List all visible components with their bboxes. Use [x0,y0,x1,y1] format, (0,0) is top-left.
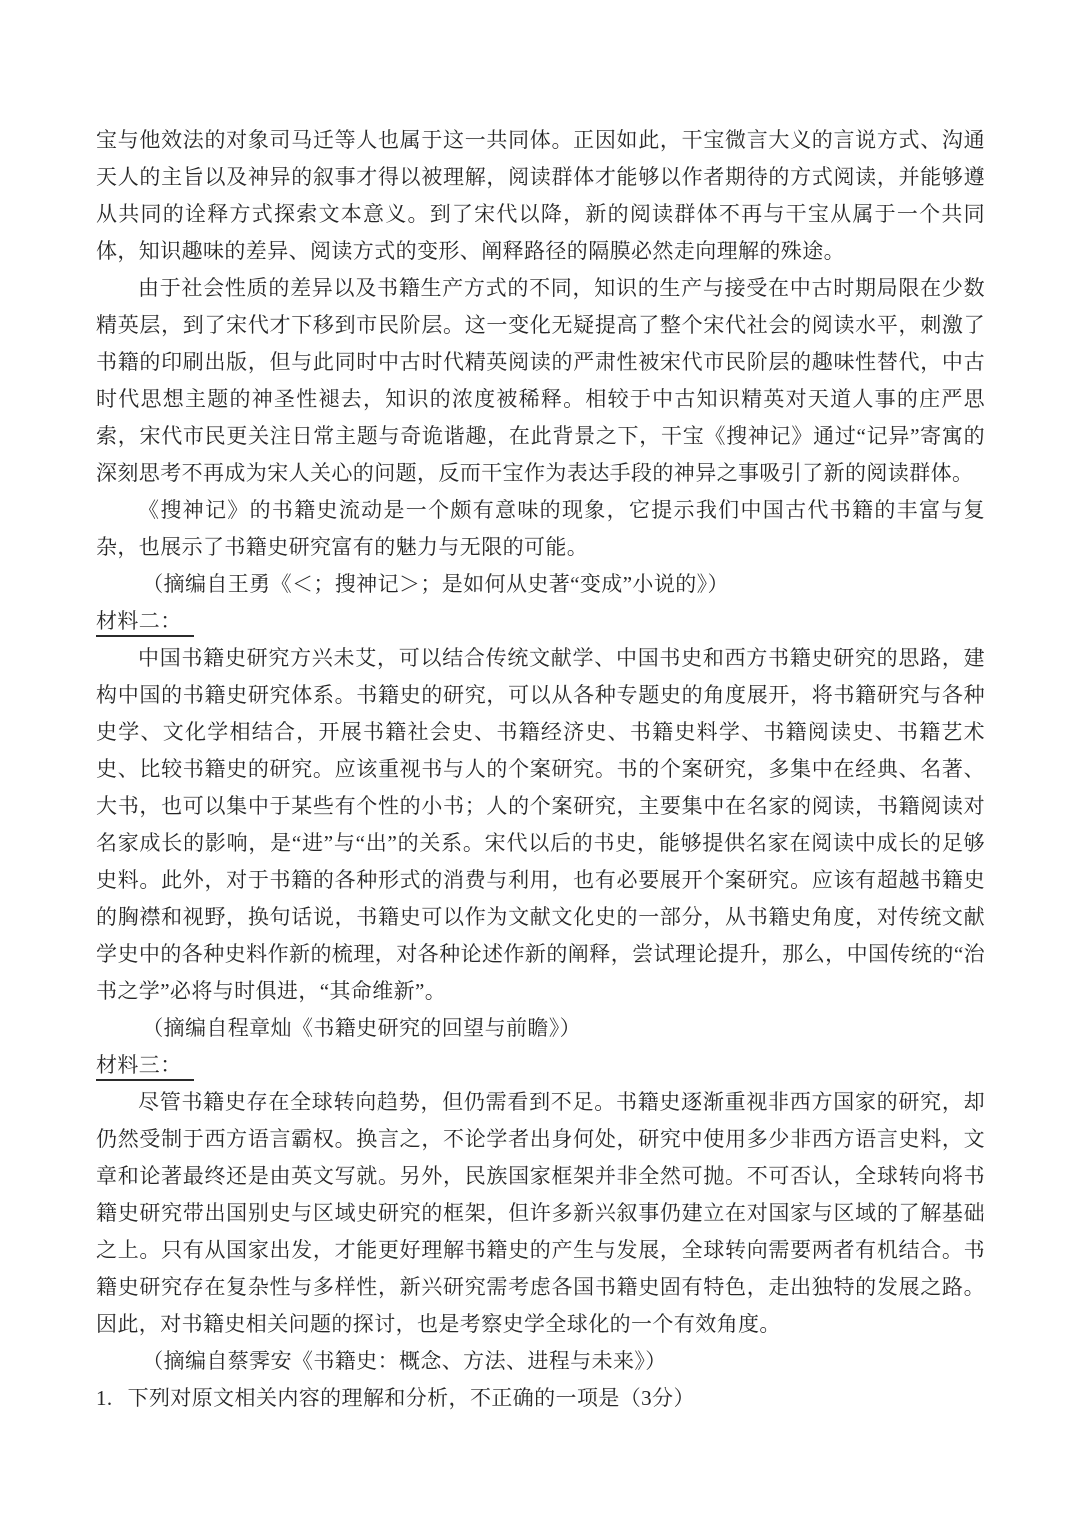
material-three-paragraph-1: 尽管书籍史存在全球转向趋势，但仍需看到不足。书籍史逐渐重视非西方国家的研究，却仍… [96,1084,985,1343]
material-one-section: 宝与他效法的对象司马迁等人也属于这一共同体。正因如此，干宝微言大义的言说方式、沟… [96,122,985,603]
question-one: 1. 下列对原文相关内容的理解和分析，不正确的一项是（3分） [96,1380,985,1417]
question-one-text: 下列对原文相关内容的理解和分析，不正确的一项是（3分） [128,1380,985,1417]
material-one-paragraph-continuation: 宝与他效法的对象司马迁等人也属于这一共同体。正因如此，干宝微言大义的言说方式、沟… [96,122,985,270]
material-three-heading-text: 材料三： [96,1051,194,1081]
material-three-section: 材料三： 尽管书籍史存在全球转向趋势，但仍需看到不足。书籍史逐渐重视非西方国家的… [96,1047,985,1380]
material-one-citation: （摘编自王勇《＜；搜神记＞；是如何从史著“变成”小说的》） [96,566,985,603]
material-three-heading: 材料三： [96,1047,985,1084]
material-two-section: 材料二： 中国书籍史研究方兴未艾，可以结合传统文献学、中国书史和西方书籍史研究的… [96,603,985,1047]
material-two-citation: （摘编自程章灿《书籍史研究的回望与前瞻》） [96,1010,985,1047]
question-one-number: 1. [96,1380,113,1417]
material-three-citation: （摘编自蔡霁安《书籍史：概念、方法、进程与未来》） [96,1343,985,1380]
material-two-heading-text: 材料二： [96,607,194,637]
document-page: 宝与他效法的对象司马迁等人也属于这一共同体。正因如此，干宝微言大义的言说方式、沟… [0,0,1080,1527]
material-two-paragraph-1: 中国书籍史研究方兴未艾，可以结合传统文献学、中国书史和西方书籍史研究的思路，建构… [96,640,985,1010]
material-one-paragraph-2: 由于社会性质的差异以及书籍生产方式的不同，知识的生产与接受在中古时期局限在少数精… [96,270,985,492]
material-two-heading: 材料二： [96,603,985,640]
material-one-paragraph-3: 《搜神记》的书籍史流动是一个颇有意味的现象，它提示我们中国古代书籍的丰富与复杂，… [96,492,985,566]
